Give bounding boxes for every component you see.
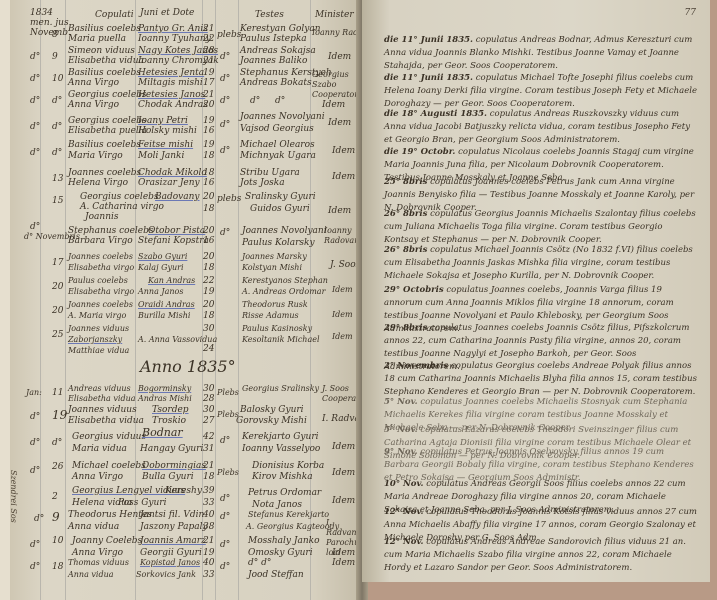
row-age-bride: 28 (203, 394, 214, 404)
column-rule (238, 0, 239, 600)
row-groom-parent: Kereshy (165, 486, 202, 496)
header-juni: Juni et Dote (140, 8, 194, 18)
row-age-groom: 18 (203, 168, 214, 178)
row-age-bride: 22 (203, 34, 214, 44)
row-month: d° (30, 74, 40, 84)
row-minister: Idem (328, 118, 351, 128)
row-day: d° (52, 96, 62, 106)
row-minister: Idem (332, 496, 355, 506)
row-witness: Kerekjarto Gyuri (242, 432, 319, 442)
row-day: 20 (52, 306, 63, 316)
row-age-groom: 30 (203, 324, 214, 334)
row-age-bride: 19 (203, 548, 214, 558)
row-status: Plebs (217, 388, 239, 398)
row-bride-parent: Troskio (152, 416, 186, 426)
row-age-bride: 27 (203, 416, 214, 426)
register-entry: 26° 8bris copulatus Georgius Joannis Mic… (384, 208, 698, 247)
row-witness: Kesoltanik Michael (242, 335, 320, 345)
row-day: d° (52, 122, 62, 132)
row-age-bride: 31 (203, 444, 214, 454)
row-witness: d° (250, 96, 260, 106)
row-age-groom: 19 (203, 116, 214, 126)
entry-date: 26° 8bris (384, 209, 427, 219)
row-bride: Elisabetha vidua (68, 56, 144, 66)
row-witness: Joannes Baliko (240, 56, 307, 66)
row-status: d° (220, 74, 230, 84)
row-age-bride: 21 (203, 56, 214, 66)
row-groom: Joanny Coelebs (72, 536, 142, 546)
row-day: 10 (52, 74, 63, 84)
row-minister: Idem (332, 310, 353, 320)
row-month: d° (30, 438, 40, 448)
row-witness: Stribu Ugara (240, 168, 300, 178)
row-groom-parent: Hetesies Janos (138, 90, 205, 100)
row-bride-parent: Joannis (85, 212, 118, 222)
row-witness: Andreas Sokajsa (240, 46, 316, 56)
register-entry: die 11° Junii 1835. copulatus Andreas Bo… (384, 34, 698, 73)
row-groom-parent: Otobor Pista (148, 226, 205, 236)
row-month: d° (30, 122, 40, 132)
column-rule (40, 0, 41, 600)
row-groom: Georgius coelebs (68, 116, 147, 126)
row-groom: Georgius coelebs (68, 90, 147, 100)
row-witness: Sralinsky Gyuri (245, 192, 316, 202)
row-age-groom: 19 (203, 140, 214, 150)
entry-date: 10° Nov. (384, 479, 424, 489)
row-day: 9 (52, 52, 58, 62)
row-groom: Simeon viduus (68, 46, 135, 56)
row-bride: Barbara Virgo (68, 236, 133, 246)
row-bride: Maria puella (68, 34, 126, 44)
row-bride-parent: Kalaj Gyuri (138, 263, 184, 273)
row-bride: Anna Virgo (68, 100, 119, 110)
row-status: d° (220, 512, 230, 522)
row-witness: Kolstyan Mishi (242, 263, 302, 273)
row-groom: Joannes coelebs (68, 252, 133, 262)
row-age-groom: 30 (203, 384, 214, 394)
row-status: Plebs (217, 468, 239, 478)
row-bride-parent: Georgii Gyuri (140, 548, 202, 558)
row-age-bride: 19 (203, 287, 214, 297)
row-bride-parent: Sorkovics Jank (136, 570, 196, 580)
row-day: 13 (52, 174, 63, 184)
row-witness: Petrus Ordomar (248, 488, 321, 498)
row-witness: Kerestyanos Stephan (242, 276, 328, 286)
row-bride: Elisabetha puella (68, 126, 147, 136)
row-groom-parent: Badovany (155, 192, 200, 202)
row-month: d° (30, 96, 40, 106)
row-groom-parent: Feitse mishi (138, 140, 193, 150)
row-bride-parent: Miltagis mishi (138, 78, 203, 88)
row-minister: Idem (322, 100, 345, 110)
row-age-groom: 40 (203, 558, 214, 568)
row-groom-parent: Kopistad Janos (140, 558, 200, 568)
row-bride-parent: Holsky mishi (138, 126, 197, 136)
row-age-bride: 17 (203, 78, 214, 88)
row-bride: Helena Virgo (68, 178, 128, 188)
row-month: Jan: (26, 388, 42, 398)
row-minister: Idem (332, 172, 355, 182)
margin-note: Szendrei Sos (10, 470, 18, 523)
row-bride: Anna vidua (68, 570, 114, 580)
row-witness: Andreas Bokats (240, 78, 312, 88)
row-witness: Risse Adamus (242, 311, 299, 321)
row-month: d° (30, 466, 40, 476)
header-copulati: Copulati (95, 10, 134, 20)
row-witness: Guidos Gyuri (250, 204, 310, 214)
row-minister: Idem (332, 146, 355, 156)
row-bride-parent: Matthiae vidua (68, 346, 129, 356)
row-age-groom: 19 (203, 68, 214, 78)
row-groom-parent: Szabo Gyuri (138, 252, 187, 262)
row-day: 11 (52, 388, 63, 398)
row-status: plebs (217, 194, 241, 204)
row-day: 8 (52, 30, 58, 40)
row-witness: Theodorus Rusk (242, 300, 308, 310)
row-bride: A. Catharina virgo (80, 202, 164, 212)
row-groom: Joannes viduus (68, 405, 137, 415)
row-minister: Idem (332, 285, 353, 295)
row-bride-parent: Stefani Kopstra (138, 236, 209, 246)
row-witness: Joannes Novolyani (240, 112, 325, 122)
register-book-spread: 1834 men. jus Novemb. Copulati Juni et D… (0, 0, 717, 600)
row-minister: Idem (332, 468, 355, 478)
row-day: 26 (52, 462, 63, 472)
row-day: 18 (52, 562, 63, 572)
row-witness: A. Andreas Ordomar (242, 287, 325, 297)
row-age-groom: 20 (203, 226, 214, 236)
row-bride: Maria vidua (72, 444, 127, 454)
row-minister: Idem (328, 206, 351, 216)
register-entry: die 11° Junii 1835. copulatus Michael To… (384, 72, 698, 111)
row-bride: Elisabetha vidua (68, 416, 144, 426)
row-day: d° (52, 438, 62, 448)
row-day: 10 (52, 536, 63, 546)
row-groom-parent: Jantsi fil. Vdin (140, 510, 204, 520)
row-bride: Anna vidua (68, 522, 119, 532)
row-age-groom: 39 (203, 486, 214, 496)
entry-date: die 19° Octobr. (384, 147, 455, 157)
row-month: d° (30, 540, 40, 550)
entry-date: 29° Octobris (384, 285, 444, 295)
row-age-bride: 16 (203, 178, 214, 188)
row-minister: Idem (332, 332, 353, 342)
row-day: 15 (52, 196, 63, 206)
header-minister: Minister (315, 10, 354, 20)
row-age-groom: 20 (203, 252, 214, 262)
row-age-groom: 21 (203, 536, 214, 546)
entry-date: 25° 8bris (384, 177, 427, 187)
row-witness: Jood Steffan (248, 570, 304, 580)
row-witness: Michael Olearos (240, 140, 315, 150)
row-age-bride: 24 (203, 344, 214, 354)
row-bride-parent: Orasizar Jeny (138, 178, 200, 188)
row-day: 9 (52, 512, 60, 522)
register-entry: die 18° Augusti 1835. copulatus Andreas … (384, 108, 698, 147)
row-bride: Elisabetha virgo (68, 263, 134, 273)
row-status: d° (220, 52, 230, 62)
row-age-groom: 21 (203, 24, 214, 34)
row-age-bride: 18 (203, 204, 214, 214)
row-age-groom: 22 (203, 276, 214, 286)
row-minister: Idem (332, 548, 355, 558)
row-witness: Michnyak Ugara (240, 151, 316, 161)
row-witness: Kerestyan Golyan (240, 24, 321, 34)
row-age-groom: 21 (203, 90, 214, 100)
entry-date: 29° 8bris (384, 323, 427, 333)
row-bride-parent: Poss Gyuri (118, 498, 166, 508)
row-witness: Ioanny Vasselyoo (242, 444, 320, 454)
row-bride-parent: Chodak Andras (138, 100, 208, 110)
entry-date: 5° Nov. (384, 425, 418, 435)
row-bride-parent: Anna Janos (138, 287, 183, 297)
row-day: 25 (52, 330, 63, 340)
row-bride: Elisabetha vidua (68, 394, 136, 404)
row-age-bride: 16 (203, 126, 214, 136)
row-age-groom: 20 (203, 192, 214, 202)
row-groom-parent: Kan Andras (148, 276, 195, 286)
entry-date: 9° Nov. (384, 447, 418, 457)
row-bride: Maria Virgo (68, 151, 123, 161)
row-status: d° (220, 146, 230, 156)
row-age-groom: 30 (203, 405, 214, 415)
row-status: d° (220, 562, 230, 572)
row-day: 20 (52, 282, 63, 292)
row-groom: Joannes coelebs (68, 168, 141, 178)
row-age-bride: 18 (203, 151, 214, 161)
row-groom-parent: Hetesies Jenta (138, 68, 204, 78)
row-witness: Jots Joska (240, 178, 285, 188)
row-month: d° (34, 514, 44, 524)
row-bride: Anna Virgo (68, 78, 119, 88)
entry-date: die 11° Junii 1835. (384, 35, 473, 45)
row-minister: Idem (332, 442, 355, 452)
row-witness: Omosky Gyuri (248, 548, 313, 558)
book-edge (0, 0, 10, 600)
row-age-bride: 18 (203, 263, 214, 273)
row-bride-parent: Moli Janki (138, 151, 184, 161)
row-witness: Paulus Kasinosky (242, 324, 312, 334)
row-age-groom: 20 (203, 300, 214, 310)
row-witness: d° d° (248, 558, 271, 568)
left-page: 1834 men. jus Novemb. Copulati Juni et D… (10, 0, 362, 600)
row-age-bride: 16 (203, 236, 214, 246)
row-witness: Stefanus Kerekjarto (248, 510, 329, 520)
row-witness: Joannes Novolyani (242, 226, 327, 236)
row-groom: Stephanus coelebs (68, 226, 153, 236)
row-witness: Georgius Sralinsky (242, 384, 319, 394)
row-status: d° (220, 96, 230, 106)
row-status: d° (220, 120, 230, 130)
column-rule (65, 0, 66, 600)
anno-heading: Anno 1835° (140, 362, 236, 372)
entry-text: copulatus Michael Joannis Csötz (No 1832… (384, 245, 693, 281)
row-witness: Gorovsky Mishi (236, 416, 307, 426)
row-bride: Anna Virgo (72, 472, 123, 482)
row-minister: Georgius Szabo Cooperator (312, 70, 362, 100)
row-status: d° (220, 436, 230, 446)
row-bride-parent: Bulla Gyuri (142, 472, 194, 482)
row-groom-parent: Chodak Mikolo (138, 168, 207, 178)
row-groom-parent: Pantyo Gr. Anis (138, 24, 208, 34)
row-groom-parent: Zaborjanszky (68, 335, 122, 345)
row-minister: Idem (332, 558, 355, 568)
row-witness: Paulus Kolarsky (242, 238, 315, 248)
row-groom: Basilius coelebs (68, 68, 141, 78)
register-entry: 2° Novembris copulatus Georgius coelebs … (384, 360, 698, 399)
row-groom: Michael coelebs (72, 461, 146, 471)
row-bride: A. Maria virgo (68, 311, 126, 321)
entry-text: copulatus Andreas Andreae Sandorovich fi… (384, 537, 686, 573)
row-witness: Joannes Marsky (242, 252, 307, 262)
row-groom-parent: Dobormingias (142, 461, 206, 471)
row-witness: Mosshaly Janko (248, 536, 320, 546)
entry-date: 26° 8bris (384, 245, 427, 255)
row-witness: Balosky Gyuri (240, 405, 304, 415)
row-age-groom: 21 (203, 461, 214, 471)
row-groom-parent: Joannis Amarz (140, 536, 206, 546)
row-age-groom: 28 (203, 46, 214, 56)
row-groom: Andreas viduus (68, 384, 131, 394)
row-status: d° (220, 494, 230, 504)
row-month: d° (30, 222, 40, 232)
page-number: 77 (685, 8, 696, 18)
row-age-bride: 38 (203, 522, 214, 532)
row-witness: Vajsod Georgius (240, 124, 314, 134)
row-bride-parent: Ioanny Tyuhany (138, 34, 211, 44)
register-entry: 26° 8bris copulatus Michael Joannis Csöt… (384, 244, 698, 283)
row-month: d° (30, 52, 40, 62)
row-witness: d° (275, 96, 285, 106)
row-bride-parent: Burilla Mishi (138, 311, 190, 321)
entry-date: die 18° Augusti 1835. (384, 109, 487, 119)
row-minister: Ioanny Radovany Parochus loci (312, 28, 362, 38)
row-minister: Idem (328, 52, 351, 62)
row-groom: Georgius coelebs (80, 192, 159, 202)
entry-date: die 11° Junii 1835. (384, 73, 473, 83)
row-age-bride: 20 (203, 100, 214, 110)
row-month: d° (30, 562, 40, 572)
row-groom: Georgius viduus (72, 432, 146, 442)
row-status: d° (220, 228, 230, 238)
row-age-bride: 18 (203, 472, 214, 482)
row-bride-parent: Andras Mishi (138, 394, 192, 404)
entry-date: 2° Novembris (384, 361, 448, 371)
row-bride-parent: Jaszony Papaly (140, 522, 208, 532)
row-day: 2 (52, 492, 58, 502)
column-rule (215, 0, 216, 600)
row-groom-parent: Tsordep (152, 405, 189, 415)
entry-text: copulatus Georgius Joannis Michaelis Sza… (384, 209, 696, 245)
row-groom-parent: Bodnar (142, 428, 183, 438)
row-groom-parent: Bogorminsky (138, 384, 191, 394)
row-groom-parent: Oraidi Andras (138, 300, 195, 310)
row-groom: Joannes viduus (68, 324, 129, 334)
entry-date: 12° Nov. (384, 537, 424, 547)
row-age-bride: 33 (203, 570, 214, 580)
row-witness: Kirov Mishka (252, 472, 313, 482)
row-groom: Basilius coelebs (68, 24, 141, 34)
row-status: plebs (217, 30, 241, 40)
row-bride: Anna Virgo (72, 548, 123, 558)
row-groom: Thomas viduus (68, 558, 129, 568)
row-age-groom: 42 (203, 432, 214, 442)
row-witness: Paulus Istepka (240, 34, 307, 44)
entry-date: 5° Nov. (384, 397, 418, 407)
register-entry: 12° Nov. copulatus Andreas Andreae Sando… (384, 536, 698, 575)
row-day: 17 (52, 258, 63, 268)
row-witness: Nota Janos (252, 500, 302, 510)
row-month: d° (30, 412, 40, 422)
row-status: d° (220, 540, 230, 550)
row-witness: Dionisius Korba (252, 461, 324, 471)
row-groom: Paulus coelebs (68, 276, 128, 286)
entry-date: 12° Nov. (384, 507, 424, 517)
row-age-bride: 33 (203, 498, 214, 508)
header-testes: Testes (255, 10, 284, 20)
row-age-bride: 18 (203, 311, 214, 321)
row-day: 19 (52, 410, 67, 420)
row-groom: Basilius coelebs (68, 140, 141, 150)
row-day: d° (52, 148, 62, 158)
row-groom-parent: Ioany Petri (138, 116, 188, 126)
row-bride: Elisabetha virgo (68, 287, 134, 297)
row-month: d° (30, 148, 40, 158)
right-page: 77 die 11° Junii 1835. copulatus Andreas… (362, 0, 710, 582)
row-age-groom: 40 (203, 510, 214, 520)
row-groom: Joannes coelebs (68, 300, 133, 310)
row-bride-parent: Hangay Gyuri (140, 444, 203, 454)
